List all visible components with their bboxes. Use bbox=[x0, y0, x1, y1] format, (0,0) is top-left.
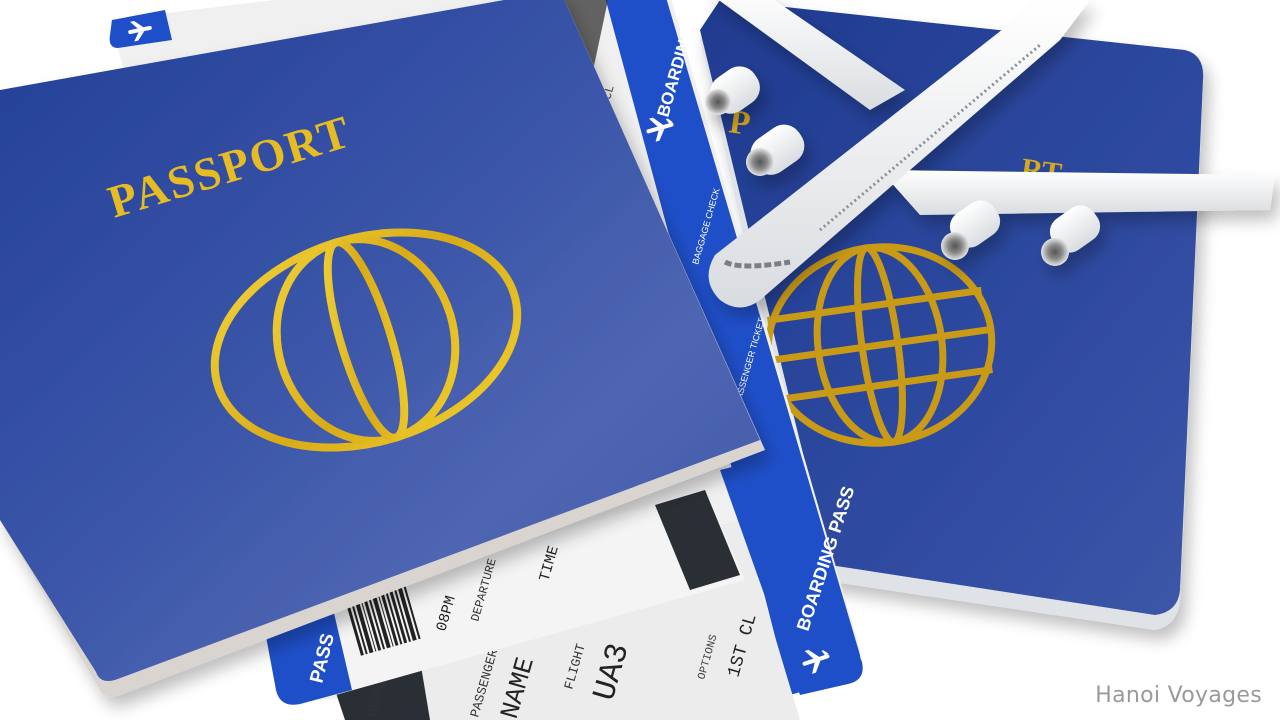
travel-illustration: P RT BOARDING PASS 1ST CL BAGGAGE CHECK … bbox=[0, 0, 1280, 720]
watermark: Hanoi Voyages bbox=[1095, 683, 1262, 708]
